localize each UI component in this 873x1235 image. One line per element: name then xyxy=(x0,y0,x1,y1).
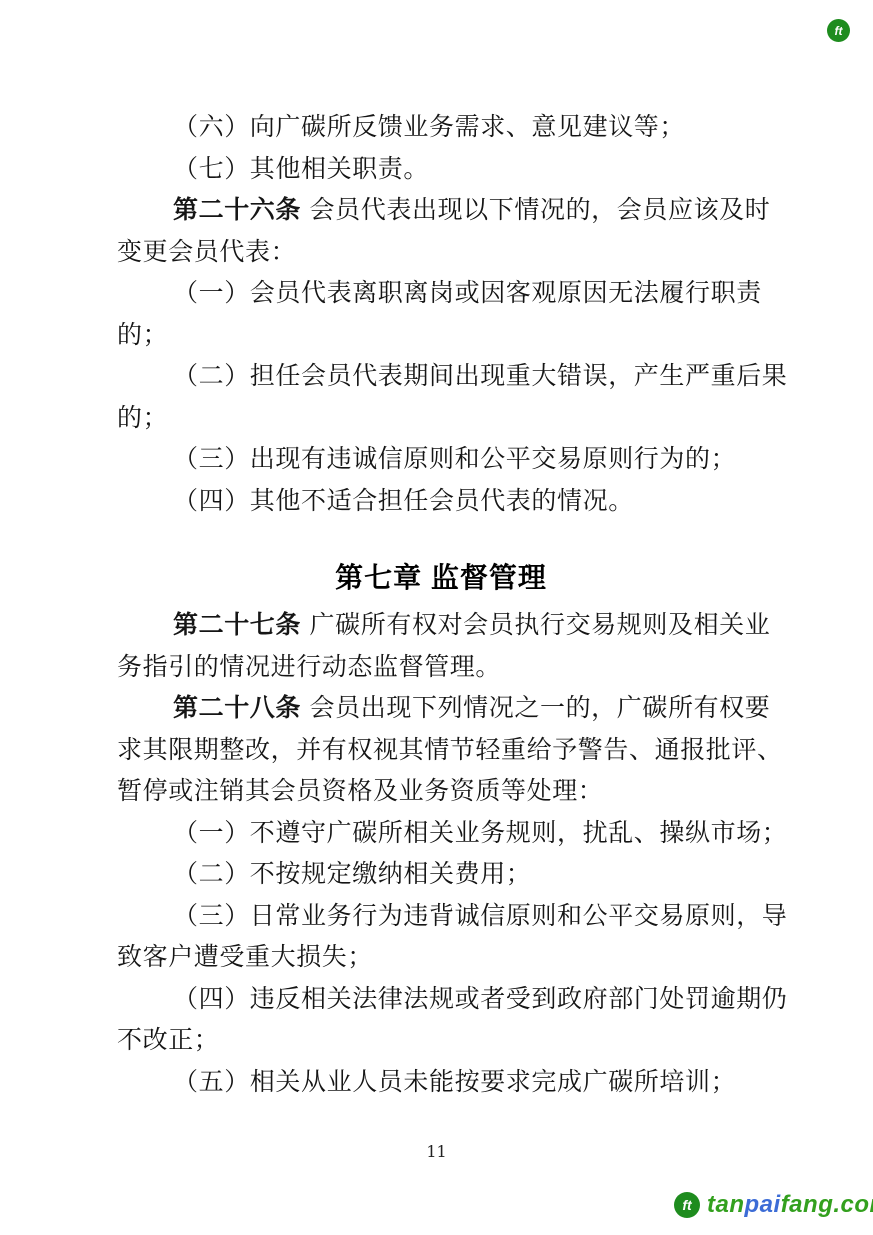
text-line: （四）其他不适合担任会员代表的情况。 xyxy=(117,480,765,522)
text-line: 求其限期整改，并有权视其情节轻重给予警告、通报批评、 xyxy=(117,729,765,771)
text-line: 致客户遭受重大损失； xyxy=(117,936,765,978)
text-line: （二）不按规定缴纳相关费用； xyxy=(117,853,765,895)
text-segment: 不改正； xyxy=(117,1025,219,1054)
text-segment: （二）不按规定缴纳相关费用； xyxy=(173,859,531,888)
text-line: （三）日常业务行为违背诚信原则和公平交易原则，导 xyxy=(117,895,765,937)
text-line: （一）不遵守广碳所相关业务规则，扰乱、操纵市场； xyxy=(117,812,765,854)
text-segment: （一）会员代表离职离岗或因客观原因无法履行职责 xyxy=(173,278,762,307)
text-line: （一）会员代表离职离岗或因客观原因无法履行职责 xyxy=(117,272,765,314)
watermark-text-segment: fang.com xyxy=(781,1191,873,1218)
text-segment: 暂停或注销其会员资格及业务资质等处理： xyxy=(117,776,603,805)
text-line: 变更会员代表： xyxy=(117,231,765,273)
text-segment: （六）向广碳所反馈业务需求、意见建议等； xyxy=(173,112,685,141)
page-number: 11 xyxy=(0,1142,873,1162)
text-segment: 变更会员代表： xyxy=(117,237,296,266)
text-segment: （三）日常业务行为违背诚信原则和公平交易原则，导 xyxy=(173,901,787,930)
text-segment: （七）其他相关职责。 xyxy=(173,154,429,183)
text-segment: 务指引的情况进行动态监督管理。 xyxy=(117,652,501,681)
watermark-site-text: tanpaifang.com xyxy=(707,1191,873,1219)
text-line: 的； xyxy=(117,314,765,356)
article-number: 第二十八条 xyxy=(173,693,301,722)
text-segment: （五）相关从业人员未能按要求完成广碳所培训； xyxy=(173,1067,736,1096)
text-segment: 的； xyxy=(117,320,168,349)
document-page: ft （六）向广碳所反馈业务需求、意见建议等；（七）其他相关职责。第二十六条 会… xyxy=(0,0,873,1235)
site-watermark[interactable]: ft tanpaifang.com xyxy=(674,1191,873,1219)
text-line: 暂停或注销其会员资格及业务资质等处理： xyxy=(117,770,765,812)
watermark-text-segment: pai xyxy=(745,1191,781,1218)
text-segment: （四）其他不适合担任会员代表的情况。 xyxy=(173,486,634,515)
text-line: 务指引的情况进行动态监督管理。 xyxy=(117,646,765,688)
text-segment: （一）不遵守广碳所相关业务规则，扰乱、操纵市场； xyxy=(173,818,787,847)
text-line: 的； xyxy=(117,397,765,439)
text-line: 第二十六条 会员代表出现以下情况的，会员应该及时 xyxy=(117,189,765,231)
text-segment: （二）担任会员代表期间出现重大错误，产生严重后果 xyxy=(173,361,787,390)
text-line: 第二十八条 会员出现下列情况之一的，广碳所有权要 xyxy=(117,687,765,729)
tanpaifang-logo-icon-top: ft xyxy=(827,19,850,42)
text-segment: 广碳所有权对会员执行交易规则及相关业 xyxy=(301,610,770,639)
text-line: 不改正； xyxy=(117,1019,765,1061)
chapter-heading: 第七章 监督管理 xyxy=(117,557,765,599)
text-segment: 的； xyxy=(117,403,168,432)
tanpaifang-logo-icon: ft xyxy=(674,1192,700,1218)
text-line: （三）出现有违诚信原则和公平交易原则行为的； xyxy=(117,438,765,480)
text-line: （六）向广碳所反馈业务需求、意见建议等； xyxy=(117,106,765,148)
text-line: 第二十七条 广碳所有权对会员执行交易规则及相关业 xyxy=(117,604,765,646)
text-line: （四）违反相关法律法规或者受到政府部门处罚逾期仍 xyxy=(117,978,765,1020)
document-body: （六）向广碳所反馈业务需求、意见建议等；（七）其他相关职责。第二十六条 会员代表… xyxy=(117,106,765,1102)
watermark-text-segment: tan xyxy=(707,1191,745,1218)
text-line: （二）担任会员代表期间出现重大错误，产生严重后果 xyxy=(117,355,765,397)
article-number: 第二十六条 xyxy=(173,195,301,224)
text-segment: （四）违反相关法律法规或者受到政府部门处罚逾期仍 xyxy=(173,984,787,1013)
text-segment: （三）出现有违诚信原则和公平交易原则行为的； xyxy=(173,444,736,473)
text-segment: 求其限期整改，并有权视其情节轻重给予警告、通报批评、 xyxy=(117,735,783,764)
text-segment: 致客户遭受重大损失； xyxy=(117,942,373,971)
article-number: 第二十七条 xyxy=(173,610,301,639)
text-line: （七）其他相关职责。 xyxy=(117,148,765,190)
text-segment: 会员出现下列情况之一的，广碳所有权要 xyxy=(301,693,770,722)
text-line: （五）相关从业人员未能按要求完成广碳所培训； xyxy=(117,1061,765,1103)
text-segment: 会员代表出现以下情况的，会员应该及时 xyxy=(301,195,770,224)
